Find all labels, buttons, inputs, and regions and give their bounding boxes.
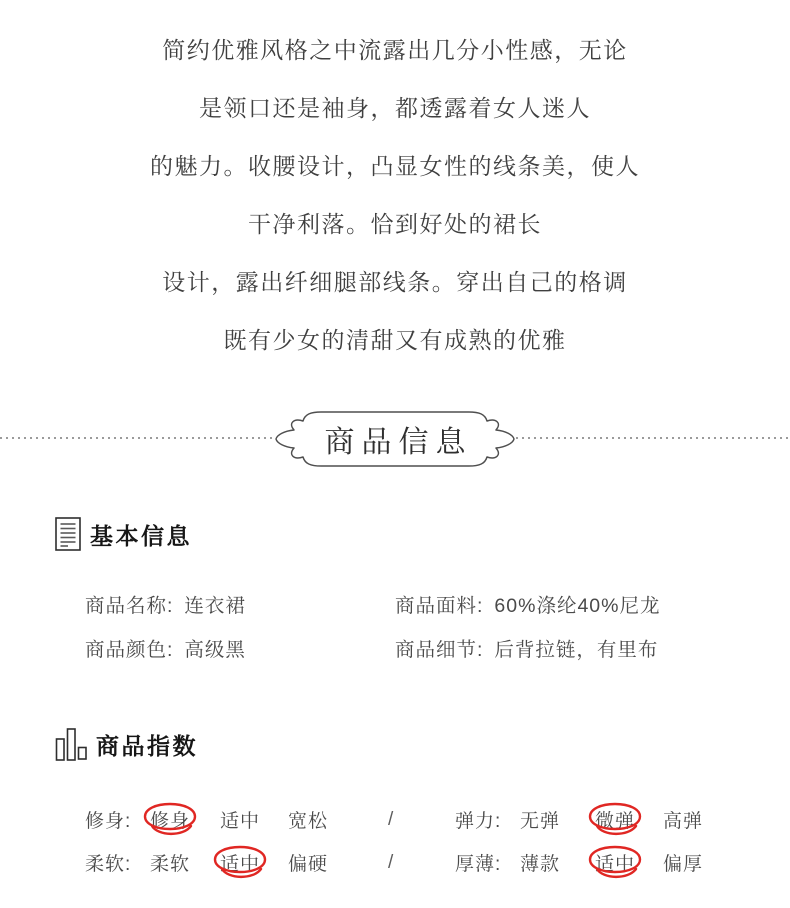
index-label: 修身:: [85, 806, 150, 833]
index-row-fit-stretch: 修身: 修身: [85, 798, 790, 841]
index-label: 厚薄:: [455, 849, 520, 876]
info-value: 连衣裙: [184, 595, 246, 617]
index-option-text: 无弹: [520, 811, 560, 832]
product-index-rows: 修身: 修身: [0, 798, 790, 884]
basic-info-section: 基本信息 商品名称:连衣裙 商品面料:60%涤纶40%尼龙 商品颜色:高级黑 商…: [0, 516, 790, 672]
info-value: 60%涤纶40%尼龙: [494, 595, 660, 617]
basic-info-heading: 基本信息: [90, 518, 192, 551]
index-option: 高弹: [663, 806, 703, 833]
index-option: 适中: [220, 849, 260, 876]
info-field-detail: 商品细节:后背拉链，有里布: [395, 628, 790, 672]
index-option: 适中: [220, 806, 260, 833]
index-option: 宽松: [288, 806, 328, 833]
index-label: 柔软:: [85, 849, 150, 876]
index-separator: /: [388, 852, 400, 874]
index-option: 偏硬: [288, 849, 328, 876]
info-label: 商品名称:: [85, 595, 173, 617]
index-label: 弹力:: [455, 806, 520, 833]
info-field-color: 商品颜色:高级黑: [85, 628, 395, 672]
info-label: 商品细节:: [395, 639, 483, 661]
index-option-text: 适中: [220, 854, 260, 875]
index-option-text: 高弹: [663, 811, 703, 832]
product-detail-page: 简约优雅风格之中流露出几分小性感，无论 是领口还是袖身，都透露着女人迷人 的魅力…: [0, 0, 790, 908]
description-line: 的魅力。收腰设计，凸显女性的线条美，使人: [0, 137, 790, 195]
index-option: 柔软: [150, 849, 190, 876]
info-value: 后背拉链，有里布: [494, 639, 658, 661]
index-option: 适中: [595, 849, 635, 876]
info-field-name: 商品名称:连衣裙: [85, 584, 395, 628]
index-option-text: 宽松: [288, 811, 328, 832]
index-option-text: 偏厚: [663, 854, 703, 875]
section-divider: 商品信息: [0, 410, 790, 468]
index-option-text: 薄款: [520, 854, 560, 875]
document-icon: [55, 517, 81, 551]
index-option: 偏厚: [663, 849, 703, 876]
product-index-section: 商品指数 修身: 修身: [0, 726, 790, 884]
index-option: 微弹: [595, 806, 635, 833]
index-option-text: 修身: [150, 811, 190, 832]
index-option: 薄款: [520, 849, 560, 876]
index-option-text: 柔软: [150, 854, 190, 875]
product-description: 简约优雅风格之中流露出几分小性感，无论 是领口还是袖身，都透露着女人迷人 的魅力…: [0, 0, 790, 369]
info-field-fabric: 商品面料:60%涤纶40%尼龙: [395, 584, 790, 628]
index-option-text: 适中: [595, 854, 635, 875]
index-separator: /: [388, 809, 400, 831]
index-option: 修身: [150, 806, 190, 833]
basic-info-grid: 商品名称:连衣裙 商品面料:60%涤纶40%尼龙 商品颜色:高级黑 商品细节:后…: [0, 584, 790, 672]
index-option-text: 微弹: [595, 811, 635, 832]
index-option: 无弹: [520, 806, 560, 833]
description-line: 是领口还是袖身，都透露着女人迷人: [0, 79, 790, 137]
description-line: 简约优雅风格之中流露出几分小性感，无论: [0, 21, 790, 79]
index-row-softness-thickness: 柔软: 柔软: [85, 841, 790, 884]
description-line: 干净利落。恰到好处的裙长: [0, 195, 790, 253]
description-line: 既有少女的清甜又有成熟的优雅: [0, 311, 790, 369]
bar-chart-icon: [55, 726, 87, 762]
basic-info-header: 基本信息: [0, 516, 790, 552]
section-title: 商品信息: [275, 410, 515, 468]
info-value: 高级黑: [184, 639, 246, 661]
product-index-heading: 商品指数: [96, 728, 198, 761]
info-label: 商品颜色:: [85, 639, 173, 661]
section-banner: 商品信息: [275, 410, 515, 468]
description-line: 设计，露出纤细腿部线条。穿出自己的格调: [0, 253, 790, 311]
index-option-text: 偏硬: [288, 854, 328, 875]
product-index-header: 商品指数: [0, 726, 790, 762]
index-option-text: 适中: [220, 811, 260, 832]
info-label: 商品面料:: [395, 595, 483, 617]
